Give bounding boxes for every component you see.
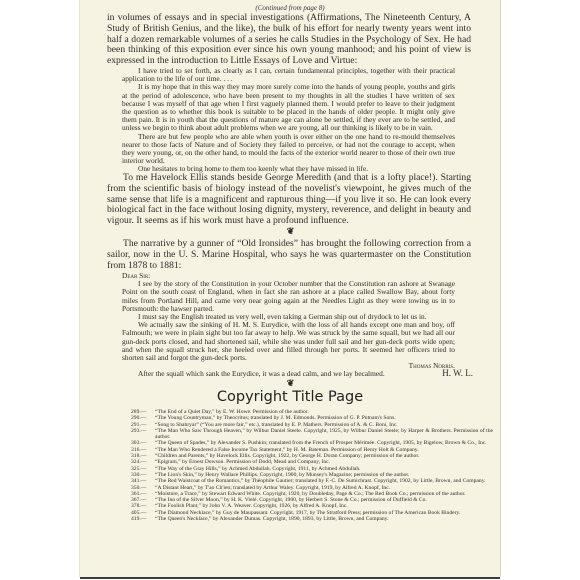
credit-text: “The Man Who Saw Through Heaven,” by Wil…	[155, 428, 493, 441]
credit-item: 293.—“The Man Who Saw Through Heaven,” b…	[131, 428, 493, 441]
ironsides-text: The narrative by a gunner of “Old Ironsi…	[107, 239, 471, 271]
author-initials: H. W. L.	[442, 368, 473, 378]
ironsides-paragraph: The narrative by a gunner of “Old Ironsi…	[107, 239, 471, 271]
meredith-paragraph: To me Havelock Ellis stands beside Georg…	[107, 173, 471, 227]
sailor-letter: Dear Sir: I see by the story of the Cons…	[122, 272, 455, 379]
quote-para-2: It is my hope that in this way they may …	[122, 83, 455, 132]
letter-para-1: I see by the story of the Constitution i…	[122, 280, 455, 313]
magazine-page: (Continued from page 8) in volumes of es…	[80, 0, 500, 577]
credit-item: 419.—“The Queen's Necklace,” by Alexande…	[131, 516, 493, 522]
credits-list: 289.—“The End of a Quiet Day,” by E. W. …	[131, 409, 493, 522]
credit-text: “The Queen's Necklace,” by Alexander Dum…	[155, 516, 493, 522]
quote-para-1: I have tried to set forth, as clearly as…	[122, 67, 455, 83]
intro-text: in volumes of essays and in special inve…	[107, 13, 471, 67]
ornament-divider-2: ❦	[80, 378, 500, 389]
credit-page-number: 419.—	[131, 516, 155, 522]
ornament-divider-1: ❦	[80, 226, 500, 237]
continued-note: (Continued from page 8)	[80, 4, 500, 12]
intro-paragraph: in volumes of essays and in special inve…	[107, 13, 471, 67]
credit-page-number: 293.—	[131, 428, 155, 441]
quote-para-3: There are but few people who are able wh…	[122, 133, 455, 166]
letter-para-3: We actually saw the sinking of H. M. S. …	[122, 321, 455, 362]
meredith-text: To me Havelock Ellis stands beside Georg…	[107, 173, 471, 227]
ellis-quote: I have tried to set forth, as clearly as…	[122, 67, 455, 174]
copyright-title: Copyright Title Page	[80, 389, 500, 405]
